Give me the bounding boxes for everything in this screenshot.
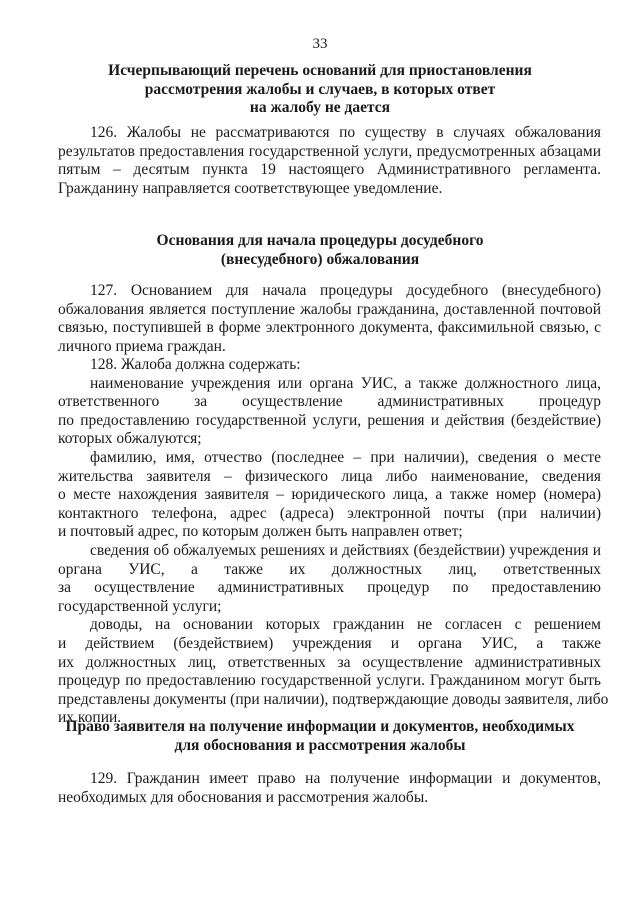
section-heading-information-right: Право заявителя на получение информации … xyxy=(0,718,640,755)
text-line: необходимых для обоснования и рассмотрен… xyxy=(58,789,601,808)
text-line: фамилию, имя, отчество (последнее – при … xyxy=(58,449,601,468)
text-line: которых обжалуются; xyxy=(58,430,601,449)
heading-line: Исчерпывающий перечень оснований для при… xyxy=(0,62,640,81)
text-line: 129. Гражданин имеет право на получение … xyxy=(58,770,601,789)
heading-line: для обоснования и рассмотрения жалобы xyxy=(0,737,640,756)
heading-line: Право заявителя на получение информации … xyxy=(0,718,640,737)
text-line: процедур по предоставлению государственн… xyxy=(58,672,601,691)
text-line: доводы, на основании которых гражданин н… xyxy=(58,616,601,635)
paragraph-128: 128. Жалоба должна содержать: наименован… xyxy=(58,356,601,728)
text-line: 128. Жалоба должна содержать: xyxy=(58,356,601,375)
text-line: государственной услуги; xyxy=(58,598,601,617)
text-line: органа УИС, а также их должностных лиц, … xyxy=(58,561,601,580)
heading-line: на жалобу не дается xyxy=(0,99,640,118)
text-line: представлены документы (при наличии), по… xyxy=(58,691,601,710)
text-line: по предоставлению государственной услуги… xyxy=(58,412,601,431)
heading-line: Основания для начала процедуры досудебно… xyxy=(0,232,640,251)
text-line: 127. Основанием для начала процедуры дос… xyxy=(58,282,601,301)
document-page: 33 Исчерпывающий перечень оснований для … xyxy=(0,0,640,905)
paragraph-129: 129. Гражданин имеет право на получение … xyxy=(58,770,601,807)
heading-line: рассмотрения жалобы и случаев, в которых… xyxy=(0,81,640,100)
text-line: и действием (бездействием) учреждения и … xyxy=(58,635,601,654)
text-line: сведения об обжалуемых решениях и действ… xyxy=(58,542,601,561)
section-heading-suspension-grounds: Исчерпывающий перечень оснований для при… xyxy=(0,62,640,118)
text-line: результатов предоставления государственн… xyxy=(58,143,601,162)
text-line: ответственного за осуществление админист… xyxy=(58,393,601,412)
section-heading-appeal-grounds: Основания для начала процедуры досудебно… xyxy=(0,232,640,269)
text-line: пятым – десятым пункта 19 настоящего Адм… xyxy=(58,161,601,180)
text-line: жительства заявителя – физического лица … xyxy=(58,468,601,487)
text-line: обжалования является поступление жалобы … xyxy=(58,301,601,320)
text-line: Гражданину направляется соответствующее … xyxy=(58,180,601,199)
page-number: 33 xyxy=(0,36,640,53)
text-line: личного приема граждан. xyxy=(58,338,601,357)
text-line: за осуществление административных процед… xyxy=(58,579,601,598)
text-line: наименование учреждения или органа УИС, … xyxy=(58,375,601,394)
text-line: и почтовый адрес, по которым должен быть… xyxy=(58,523,601,542)
paragraph-126: 126. Жалобы не рассматриваются по сущест… xyxy=(58,124,601,198)
text-line: связью, поступившей в форме электронного… xyxy=(58,319,601,338)
text-line: о месте нахождения заявителя – юридическ… xyxy=(58,486,601,505)
text-line: контактного телефона, адрес (адреса) эле… xyxy=(58,505,601,524)
paragraph-127: 127. Основанием для начала процедуры дос… xyxy=(58,282,601,356)
text-line: 126. Жалобы не рассматриваются по сущест… xyxy=(58,124,601,143)
text-line: их должностных лиц, ответственных за осу… xyxy=(58,654,601,673)
heading-line: (внесудебного) обжалования xyxy=(0,251,640,270)
